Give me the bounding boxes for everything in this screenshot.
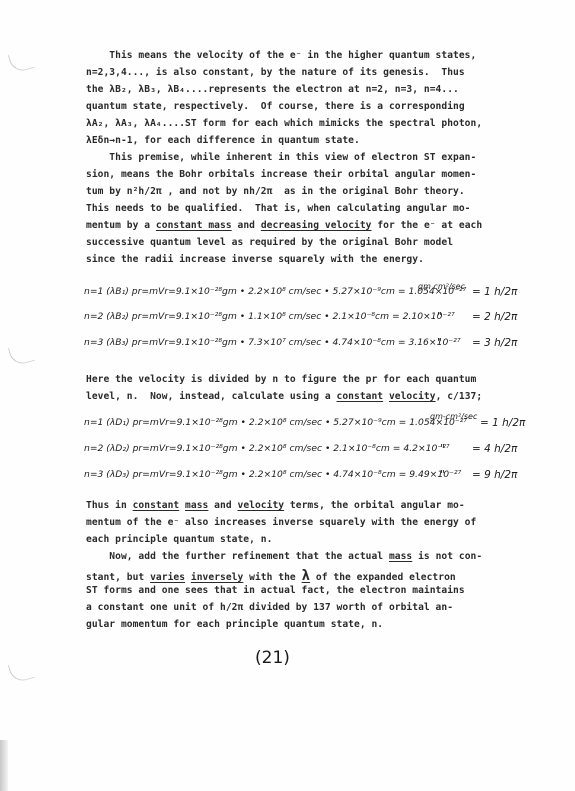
text-line: gular momentum for each principle quantu… [86,619,383,630]
equation-result: = 3 h/2π [472,337,517,349]
text-span: is not con- [412,551,482,562]
text-line: tum by n²h/2π , and not by nh/2π as in t… [86,186,465,197]
text-line: stant, but varies inversely with the λ o… [86,568,456,584]
equation-unit: " [440,443,445,455]
text-span: stant, but [86,572,150,583]
underlined-text: varies [150,572,185,583]
text-line: n=2,3,4..., is also constant, by the nat… [86,67,465,78]
text-line: This means the velocity of the e⁻ in the… [86,50,476,61]
underlined-text: constant mass [156,220,232,231]
handwritten-equation: n=3 (λB₃) pr=mVr=9.1×10⁻²⁸gm • 7.3×10⁷ c… [84,337,461,348]
hole-punch-mark [8,49,35,73]
equation-unit: gm cm²/sec [418,282,465,291]
lambda-symbol: λ [302,568,310,584]
underlined-text: velocity [389,391,436,402]
underlined-text: decreasing velocity [261,220,372,231]
underlined-text: mass [185,500,208,511]
page-edge-shadow [0,740,8,791]
text-line: This needs to be qualified. That is, whe… [86,203,471,214]
equation-result: = 1 h/2π [480,417,525,429]
text-line: quantum state, respectively. Of course, … [86,101,465,112]
text-span: , c/137; [436,391,483,402]
text-span: Now, add the further refinement that the… [86,551,389,562]
underlined-text: inversely [191,572,243,583]
equation-unit: " [440,469,445,481]
text-span: mentum by a [86,220,156,231]
equation-unit: " [437,311,442,323]
text-line: Here the velocity is divided by n to fig… [86,374,476,385]
equation-result: = 2 h/2π [472,311,517,323]
handwritten-equation: n=2 (λB₂) pr=mVr=9.1×10⁻²⁸gm • 1.1×10⁸ c… [84,311,455,322]
text-line: mentum by a constant mass and decreasing… [86,220,482,231]
text-line: each principle quantum state, n. [86,534,272,545]
equation-result: = 1 h/2π [472,286,517,298]
handwritten-equation: n=2 (λD₂) pr=mVr=9.1×10⁻²⁸gm • 2.2×10⁸ c… [84,443,450,454]
text-line: a constant one unit of h/2π divided by 1… [86,602,453,613]
underlined-text: mass [389,551,412,562]
text-span: terms, the orbital angular mo- [284,500,465,511]
text-span: of the expanded electron [310,572,456,583]
text-span: and [208,500,237,511]
text-line: since the radii increase inverse squarel… [86,254,424,265]
underlined-text: constant [133,500,180,511]
text-line: sion, means the Bohr orbitals increase t… [86,169,476,180]
handwritten-equation: n=1 (λD₁) pr=mVr=9.1×10⁻²⁸gm • 2.2×10⁸ c… [84,417,467,428]
text-line: Now, add the further refinement that the… [86,551,482,562]
text-line: Thus in constant mass and velocity terms… [86,500,465,511]
text-span: and [232,220,261,231]
text-line: mentum of the e⁻ also increases inverse … [86,517,476,528]
text-line: level, n. Now, instead, calculate using … [86,391,482,402]
text-line: successive quantum level as required by … [86,237,453,248]
document-page: This means the velocity of the e⁻ in the… [0,0,575,791]
text-span: for the e⁻ at each [372,220,483,231]
text-line: ST forms and one sees that in actual fac… [86,585,465,596]
handwritten-equation: n=1 (λB₁) pr=mVr=9.1×10⁻²⁸gm • 2.2×10⁸ c… [84,286,466,297]
page-number: (21) [255,648,290,668]
underlined-text: velocity [238,500,285,511]
underlined-text: constant [337,391,384,402]
text-span: with the [243,572,301,583]
text-span: level, n. Now, instead, calculate using … [86,391,337,402]
equation-result: = 4 h/2π [472,443,517,455]
equation-result: = 9 h/2π [472,469,517,481]
text-line: λEδn→n-1, for each difference in quantum… [86,135,360,146]
handwritten-equation: n=3 (λD₃) pr=mVr=9.1×10⁻²⁸gm • 2.2×10⁸ c… [84,469,461,480]
text-line: This premise, while inherent in this vie… [86,152,476,163]
text-line: λA₂, λA₃, λA₄....ST form for each which … [86,118,482,129]
equation-unit: " [437,337,442,349]
hole-punch-mark [8,659,35,683]
hole-punch-mark [8,342,35,366]
equation-unit: gm-cm²/sec [430,412,477,421]
text-span: Thus in [86,500,133,511]
text-line: the λB₂, λB₃, λB₄....represents the elec… [86,84,459,95]
